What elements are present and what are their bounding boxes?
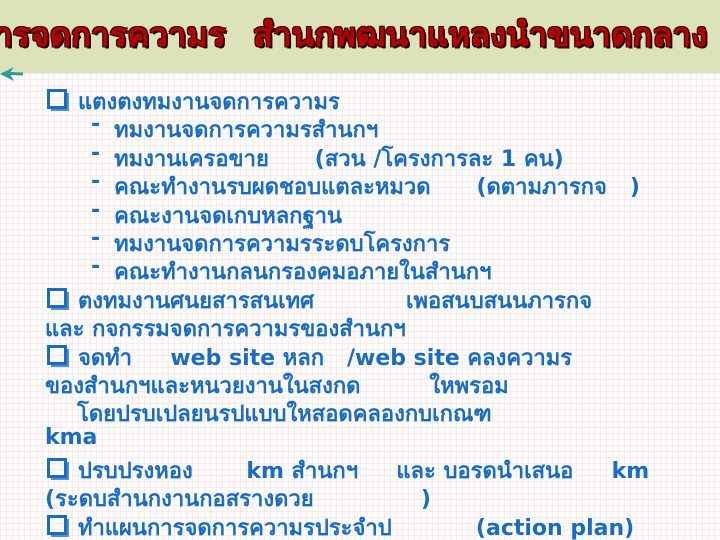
content-panel: แตงตงทมงานจดการความร-ทมงานจดการความรสำนก… [0,73,720,540]
teal-left-arrow-icon [0,65,24,83]
sub-bullet-line: -ทมงานเครอขาย (สวน /โครงการละ 1 คน) [45,141,718,169]
slide-title-left: ารจดการความร [0,13,226,57]
line-text: โดยปรบเปลยนรปแบบใหสอดคลองกบเกณฑ [77,396,492,431]
dash-bullet-icon: - [91,226,100,251]
content-lines: แตงตงทมงานจดการความร-ทมงานจดการความรสำนก… [45,84,718,538]
bullet-line: จดทำ web site หลก /web site คลงความร [45,340,718,368]
text-line: โดยปรบเปลยนรปแบบใหสอดคลองกบเกณฑ [45,396,718,424]
sub-bullet-line: -ทมงานจดการความรสำนกฯ [45,112,718,140]
square-bullet-icon [47,515,67,535]
dash-bullet-icon: - [91,198,100,223]
square-bullet-icon [47,345,67,365]
square-bullet-icon [47,288,67,308]
bullet-line: แตงตงทมงานจดการความร [45,84,718,112]
sub-bullet-line: -คณะทำงานรบผดชอบแตละหมวด (ดตามภารกจ ) [45,169,718,197]
bullet-line: ตงทมงานศนยสารสนเทศ เพอสนบสนนภารกจ [45,283,718,311]
text-line: ของสำนกฯและหนวยงานในสงกด ใหพรอม [45,368,718,396]
square-bullet-icon [47,458,67,478]
text-line: และ กจกรรมจดการความรของสำนกฯ [45,311,718,339]
line-text: ทำแผนการจดการความรประจำป (action plan) [78,510,634,540]
header-band: ารจดการความร สำนกพฒนาแหลงนำขนาดกลาง [0,0,720,73]
dash-bullet-icon: - [91,141,100,166]
dash-bullet-icon: - [91,169,100,194]
dash-bullet-icon: - [91,112,100,137]
sub-bullet-line: -ทมงานจดการความรระดบโครงการ [45,226,718,254]
bullet-line: ปรบปรงหอง km สำนกฯ และ บอรดนำเสนอ km [45,453,718,481]
dash-bullet-icon: - [91,254,100,279]
sub-bullet-line: -คณะทำงานกลนกรองคมอภายในสำนกฯ [45,254,718,282]
line-text: kma [45,425,97,450]
bullet-line: ทำแผนการจดการความรประจำป (action plan) [45,510,718,538]
square-bullet-icon [47,89,67,109]
slide-title-right: สำนกพฒนาแหลงนำขนาดกลาง [253,13,707,57]
slide: ารจดการความร สำนกพฒนาแหลงนำขนาดกลาง แตงต… [0,0,720,540]
